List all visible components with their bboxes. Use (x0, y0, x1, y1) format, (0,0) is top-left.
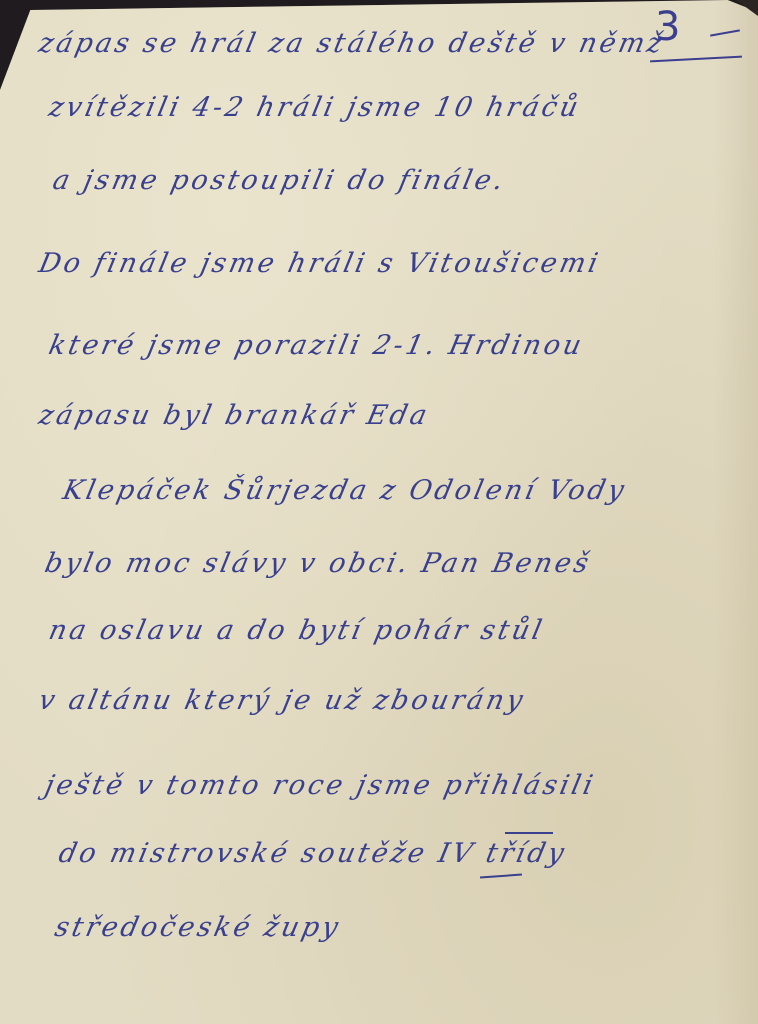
handwritten-line-11: ještě v tomto roce jsme přihlásili (42, 770, 598, 801)
handwritten-line-3: a jsme postoupili do finále. (50, 165, 509, 196)
handwritten-line-4: Do finále jsme hráli s Vitoušicemi (36, 248, 603, 279)
page-number-underline (650, 56, 742, 63)
handwritten-line-5: které jsme porazili 2-1. Hrdinou (46, 330, 587, 361)
roman-numeral-underline (480, 874, 522, 879)
handwritten-line-7: Klepáček Šůrjezda z Odolení Vody (60, 475, 630, 506)
handwritten-line-1: zápas se hrál za stálého deště v němž (36, 28, 668, 59)
handwritten-line-13: středočeské župy (52, 912, 344, 943)
page-number-dash (710, 29, 740, 36)
handwritten-line-12: do mistrovské soutěže IV třídy (56, 838, 570, 869)
handwritten-line-8: bylo moc slávy v obci. Pan Beneš (42, 548, 594, 579)
handwritten-line-10: v altánu který je už zbourány (36, 685, 528, 716)
handwritten-line-9: na oslavu a do bytí pohár stůl (46, 615, 547, 646)
roman-numeral-overline (505, 832, 553, 834)
handwritten-line-6: zápasu byl brankář Eda (36, 400, 433, 431)
handwritten-line-2: zvítězili 4-2 hráli jsme 10 hráčů (46, 92, 584, 123)
handwritten-text-block: 3 zápas se hrál za stálého deště v němž … (0, 0, 758, 1024)
